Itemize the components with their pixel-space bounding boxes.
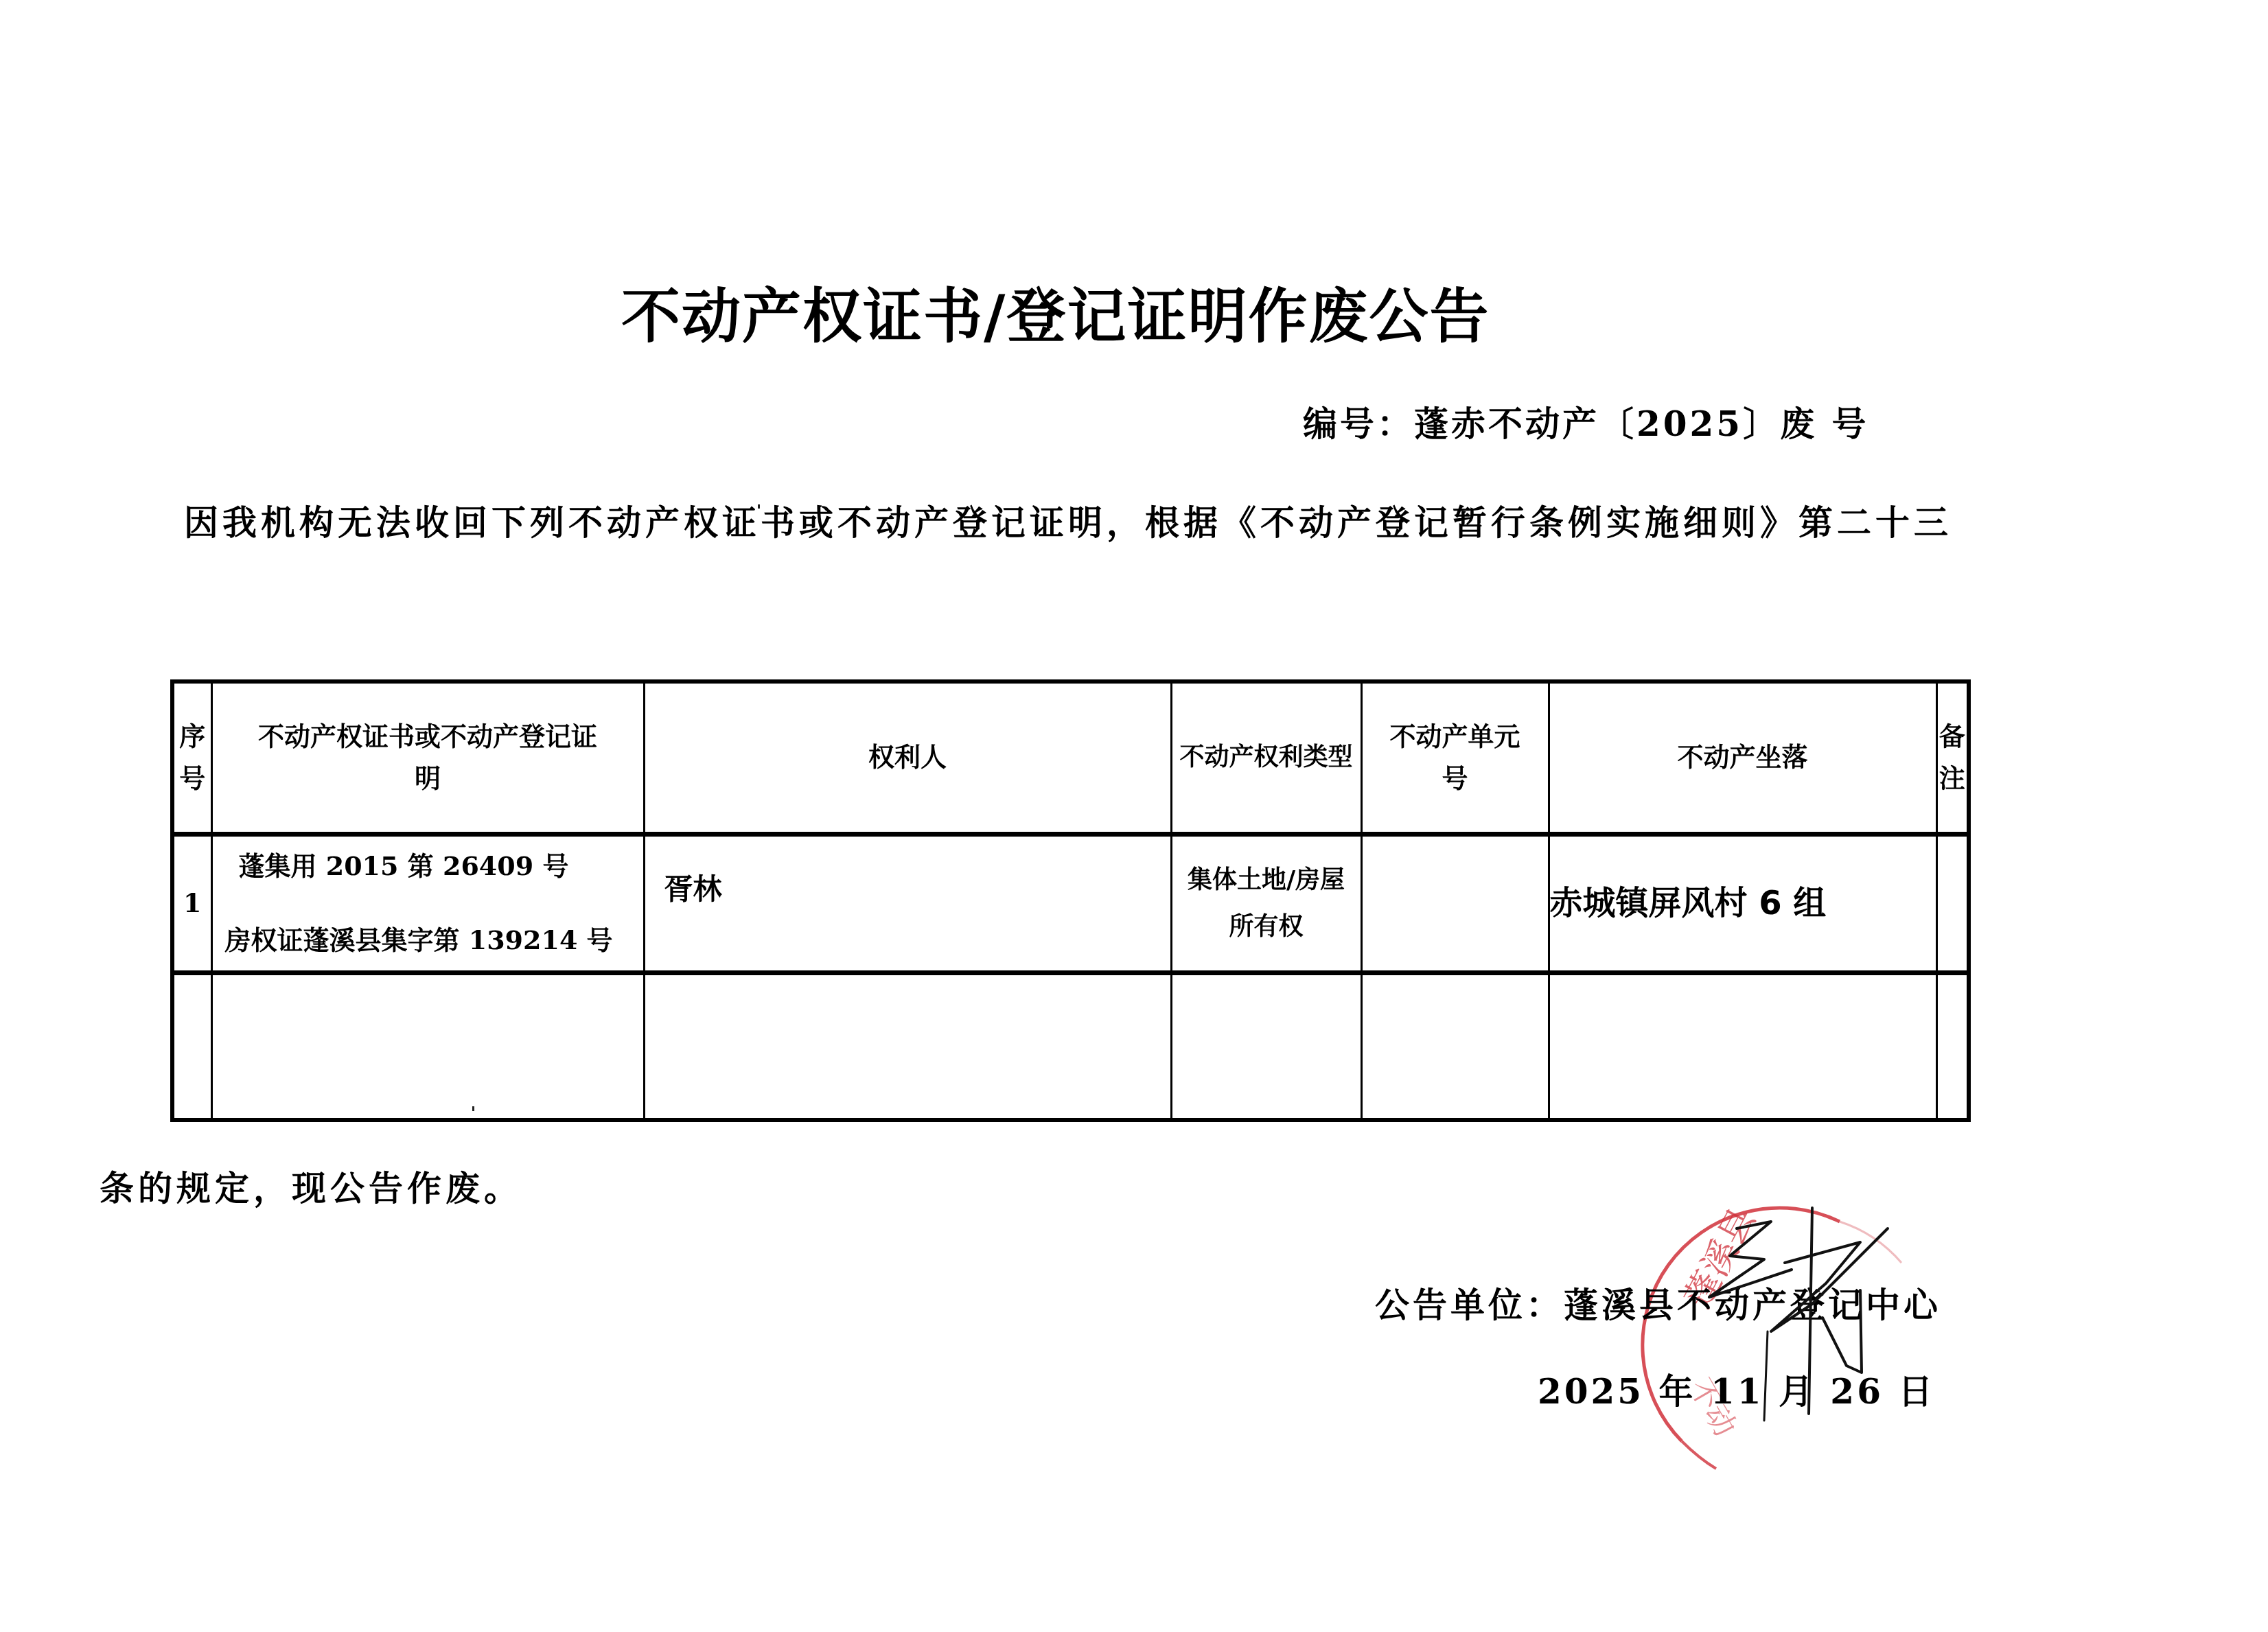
cell-right-type: 集体土地/房屋 所有权 <box>1171 834 1361 972</box>
header-certificate: 不动产权证书或不动产登记证 明 <box>211 681 644 834</box>
cell-note <box>1936 972 1969 1120</box>
cell-certificate: 蓬集用 2015 第 26409 号 房权证蓬溪县集字第 139214 号 <box>211 834 644 972</box>
cell-unit-number <box>1361 834 1549 972</box>
page-title: 不动产权证书/登记证明作废公告 <box>621 269 1490 354</box>
issuer: 公告单位：蓬溪县不动产登记中心 <box>1375 1278 1941 1327</box>
cell-location: 赤城镇屏风村 6 组 <box>1549 834 1936 972</box>
cell-seq <box>172 972 211 1120</box>
cell-unit-number <box>1361 972 1549 1120</box>
table-row: 1 蓬集用 2015 第 26409 号 房权证蓬溪县集字第 139214 号 … <box>172 834 1969 972</box>
issue-date: 2025 年 11 月 26 日 <box>1538 1364 1935 1414</box>
cell-holder <box>644 972 1171 1120</box>
header-unit-number: 不动产单元 号 <box>1361 681 1549 834</box>
official-seal-icon: 蓬溪县 不动 <box>1579 1180 1936 1476</box>
cell-seq: 1 <box>172 834 211 972</box>
notice-paragraph-end: 条的规定，现公告作废。 <box>100 1161 522 1211</box>
scan-speck <box>758 504 760 509</box>
cell-certificate <box>211 972 644 1120</box>
scan-speck <box>472 1106 474 1111</box>
table-header-row: 序 号 不动产权证书或不动产登记证 明 权利人 不动产权利类型 不动产单元 号 … <box>172 681 1969 834</box>
table-row <box>172 972 1969 1120</box>
cell-holder: 胥林 <box>644 834 1171 972</box>
cell-location <box>1549 972 1936 1120</box>
document-number: 编号：蓬赤不动产〔2025〕废 号 <box>1303 397 1869 446</box>
header-holder: 权利人 <box>644 681 1171 834</box>
cell-note <box>1936 834 1969 972</box>
header-location: 不动产坐落 <box>1549 681 1936 834</box>
notice-paragraph-start: 因我机构无法收回下列不动产权证书或不动产登记证明，根据《不动产登记暂行条例实施细… <box>184 496 1952 545</box>
void-certificates-table: 序 号 不动产权证书或不动产登记证 明 权利人 不动产权利类型 不动产单元 号 … <box>170 679 1971 1122</box>
header-seq: 序 号 <box>172 681 211 834</box>
header-right-type: 不动产权利类型 <box>1171 681 1361 834</box>
cell-right-type <box>1171 972 1361 1120</box>
header-note: 备 注 <box>1936 681 1969 834</box>
